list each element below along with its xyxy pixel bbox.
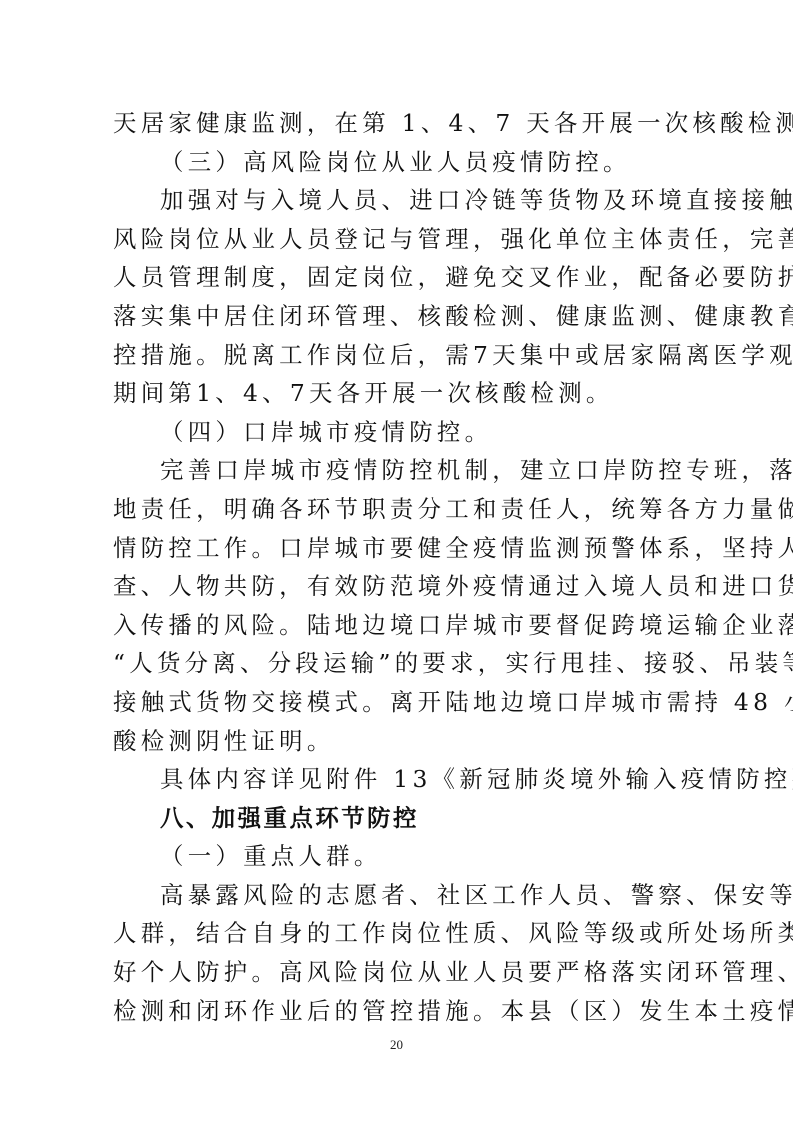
body-line: 情防控工作。口岸城市要健全疫情监测预警体系，坚持人物同 <box>113 529 705 568</box>
attachment-reference: 具体内容详见附件 13《新冠肺炎境外输入疫情防控要点》。 <box>113 760 705 799</box>
subheading-key-groups: （一）重点人群。 <box>113 837 705 876</box>
body-line: 天居家健康监测，在第 1、4、7 天各开展一次核酸检测。 <box>113 104 705 143</box>
body-line: 人群，结合自身的工作岗位性质、风险等级或所处场所类型做 <box>113 914 705 953</box>
body-line: 接触式货物交接模式。离开陆地边境口岸城市需持 48 小时核 <box>113 683 705 722</box>
body-line: 查、人物共防，有效防范境外疫情通过入境人员和进口货物输 <box>113 567 705 606</box>
subheading-high-risk-posts: （三）高风险岗位从业人员疫情防控。 <box>113 143 705 182</box>
body-line: 检测和闭环作业后的管控措施。本县（区）发生本土疫情后， <box>113 992 705 1031</box>
body-line: 控措施。脱离工作岗位后，需7天集中或居家隔离医学观察， <box>113 336 705 375</box>
body-line: 风险岗位从业人员登记与管理，强化单位主体责任，完善相关 <box>113 220 705 259</box>
body-line: 好个人防护。高风险岗位从业人员要严格落实闭环管理、核酸 <box>113 953 705 992</box>
document-page: 天居家健康监测，在第 1、4、7 天各开展一次核酸检测。 （三）高风险岗位从业人… <box>113 104 705 1030</box>
body-line: “人货分离、分段运输”的要求，实行甩挂、接驳、吊装等非 <box>113 644 705 683</box>
body-line: 酸检测阴性证明。 <box>113 722 705 761</box>
body-line: 高暴露风险的志愿者、社区工作人员、警察、保安等职业 <box>113 876 705 915</box>
body-line: 人员管理制度，固定岗位，避免交叉作业，配备必要防护物资， <box>113 258 705 297</box>
body-line: 加强对与入境人员、进口冷链等货物及环境直接接触的高 <box>113 181 705 220</box>
subheading-port-cities: （四）口岸城市疫情防控。 <box>113 413 705 452</box>
section-heading-key-links: 八、加强重点环节防控 <box>113 799 705 838</box>
body-line: 期间第1、4、7天各开展一次核酸检测。 <box>113 374 705 413</box>
body-line: 完善口岸城市疫情防控机制，建立口岸防控专班，落实属 <box>113 451 705 490</box>
page-number: 20 <box>0 1037 793 1053</box>
body-line: 地责任，明确各环节职责分工和责任人，统筹各方力量做好疫 <box>113 490 705 529</box>
body-line: 入传播的风险。陆地边境口岸城市要督促跨境运输企业落实 <box>113 606 705 645</box>
body-line: 落实集中居住闭环管理、核酸检测、健康监测、健康教育等防 <box>113 297 705 336</box>
